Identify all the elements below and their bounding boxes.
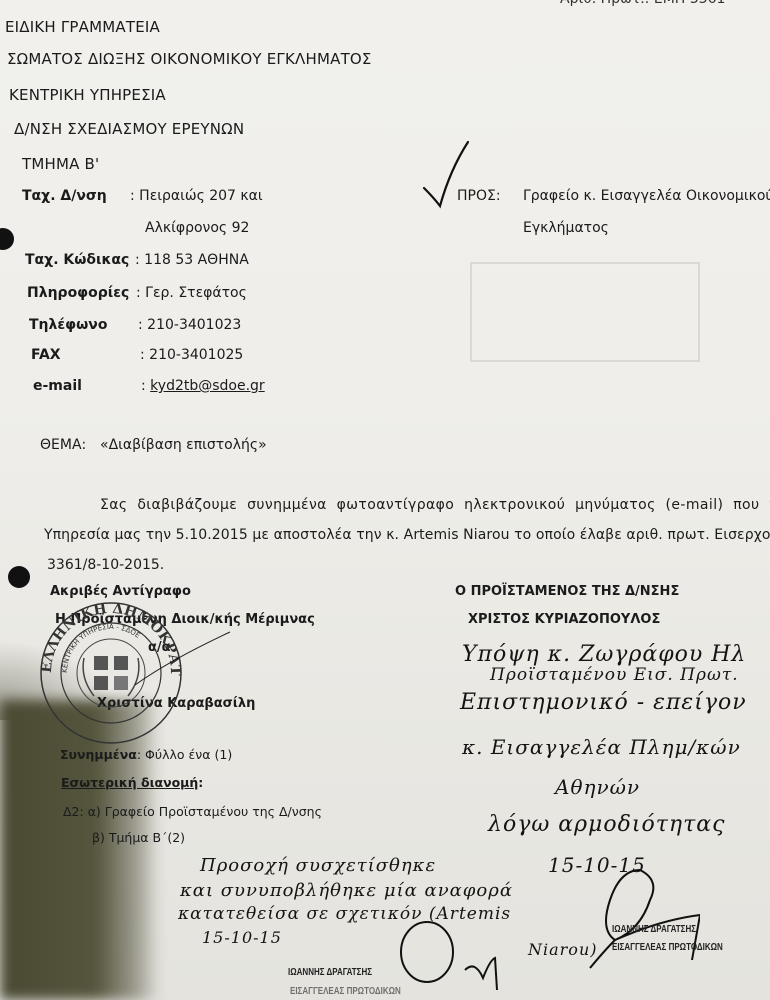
subject-label: ΘΕΜΑ: [40,437,86,453]
prosecutor-stamp-name: ΙΩΑΝΝΗΣ ΔΡΑΓΑΤΣΗΣ [612,924,696,935]
attachments-value: : Φύλλο ένα (1) [137,747,232,762]
info-value: : Γερ. Στεφάτος [136,285,247,301]
handwritten-line: κ. Εισαγγελέα Πλημ/κών [462,735,741,759]
handwritten-line: και συνυποβλήθηκε μία αναφορά [180,880,513,901]
phone-label: Τηλέφωνο [29,317,107,333]
punch-hole [8,566,30,588]
certified-copy-label: Ακριβές Αντίγραφο [50,584,191,599]
handwritten-line: Προσοχή συσχετίσθηκε [200,855,436,876]
fax-value: : 210-3401025 [140,347,243,363]
distribution-item: β) Τμήμα Β΄(2) [92,830,185,845]
signatory-title: Ο ΠΡΟΪΣΤΑΜΕΝΟΣ ΤΗΣ Δ/ΝΣΗΣ [455,584,679,599]
letterhead-line: Δ/ΝΣΗ ΣΧΕΔΙΑΣΜΟΥ ΕΡΕΥΝΩΝ [14,120,244,138]
info-label: Πληροφορίες [27,285,129,301]
subject-value: «Διαβίβαση επιστολής» [100,437,267,453]
distribution-item: Δ2: α) Γραφείο Προϊσταμένου της Δ/νσης [63,804,322,819]
prosecutor-stamp-title: ΕΙΣΑΓΓΕΛΕΑΣ ΠΡΩΤΟΔΙΚΩΝ [612,942,723,953]
body-line: 3361/8-10-2015. [47,557,164,573]
handwritten-line: Υπόψη κ. Ζωγράφου Ηλ [462,642,746,667]
body-line: Υπηρεσία μας την 5.10.2015 με αποστολέα … [44,527,770,543]
email-link[interactable]: kyd2tb@sdoe.gr [150,378,265,394]
fax-label: FAX [31,347,61,363]
prosecutor-stamp-title: ΕΙΣΑΓΓΕΛΕΑΣ ΠΡΩΤΟΔΙΚΩΝ [290,986,401,997]
receipt-stamp-faint [470,262,700,362]
signature-scribble-icon [130,630,240,690]
handwritten-line: Προϊσταμένου Εισ. Πρωτ. [490,665,739,685]
distribution-label: Εσωτερική διανομή [61,775,198,790]
signature-icon [395,920,515,1000]
protocol-number: Αριθ. Πρωτ.: ΕΜΠ 3361 [560,0,725,7]
prosecutor-stamp-name: ΙΩΑΝΝΗΣ ΔΡΑΓΑΤΣΗΣ [288,967,372,978]
attachments-label: Συνημμένα [60,747,137,762]
attachments: Συνημμένα: Φύλλο ένα (1) [60,747,232,762]
letterhead-line: ΕΙΔΙΚΗ ΓΡΑΜΜΑΤΕΙΑ [5,18,160,36]
recipient-label: ΠΡΟΣ: [457,188,501,204]
handwritten-line: Αθηνών [555,775,640,799]
address-label: Ταχ. Δ/νση [22,188,107,204]
address-value-line2: Αλκίφρονος 92 [145,220,249,236]
recipient-line: Γραφείο κ. Εισαγγελέα Οικονομικού [523,188,770,204]
email-prefix: : [141,378,150,394]
email-label: e-mail [33,378,82,394]
signature-icon [580,860,700,970]
punch-hole [0,228,14,250]
phone-value: : 210-3401023 [138,317,241,333]
handwritten-line: Επιστημονικό - επείγον [460,690,747,715]
letterhead-line: ΚΕΝΤΡΙΚΗ ΥΠΗΡΕΣΙΑ [9,86,166,104]
address-value: : Πειραιώς 207 και [130,188,263,204]
handwritten-line: 15-10-15 [202,928,282,947]
distribution-colon: : [198,775,203,790]
postal-label: Ταχ. Κώδικας [25,252,129,268]
email-field: : kyd2tb@sdoe.gr [141,378,265,394]
distribution-heading: Εσωτερική διανομή: [61,775,203,790]
recipient-line: Εγκλήματος [523,220,609,236]
signatory-name: ΧΡΙΣΤΟΣ ΚΥΡΙΑΖΟΠΟΥΛΟΣ [468,612,660,627]
letterhead-line: ΤΜΗΜΑ Β' [22,155,99,173]
handwritten-line: λόγω αρμοδιότητας [488,812,725,837]
letterhead-line: ΣΩΜΑΤΟΣ ΔΙΩΞΗΣ ΟΙΚΟΝΟΜΙΚΟΥ ΕΓΚΛΗΜΑΤΟΣ [7,50,372,68]
body-line: Σας διαβιβάζουμε συνημμένα φωτοαντίγραφο… [100,497,770,513]
postal-value: : 118 53 ΑΘΗΝΑ [135,252,249,268]
